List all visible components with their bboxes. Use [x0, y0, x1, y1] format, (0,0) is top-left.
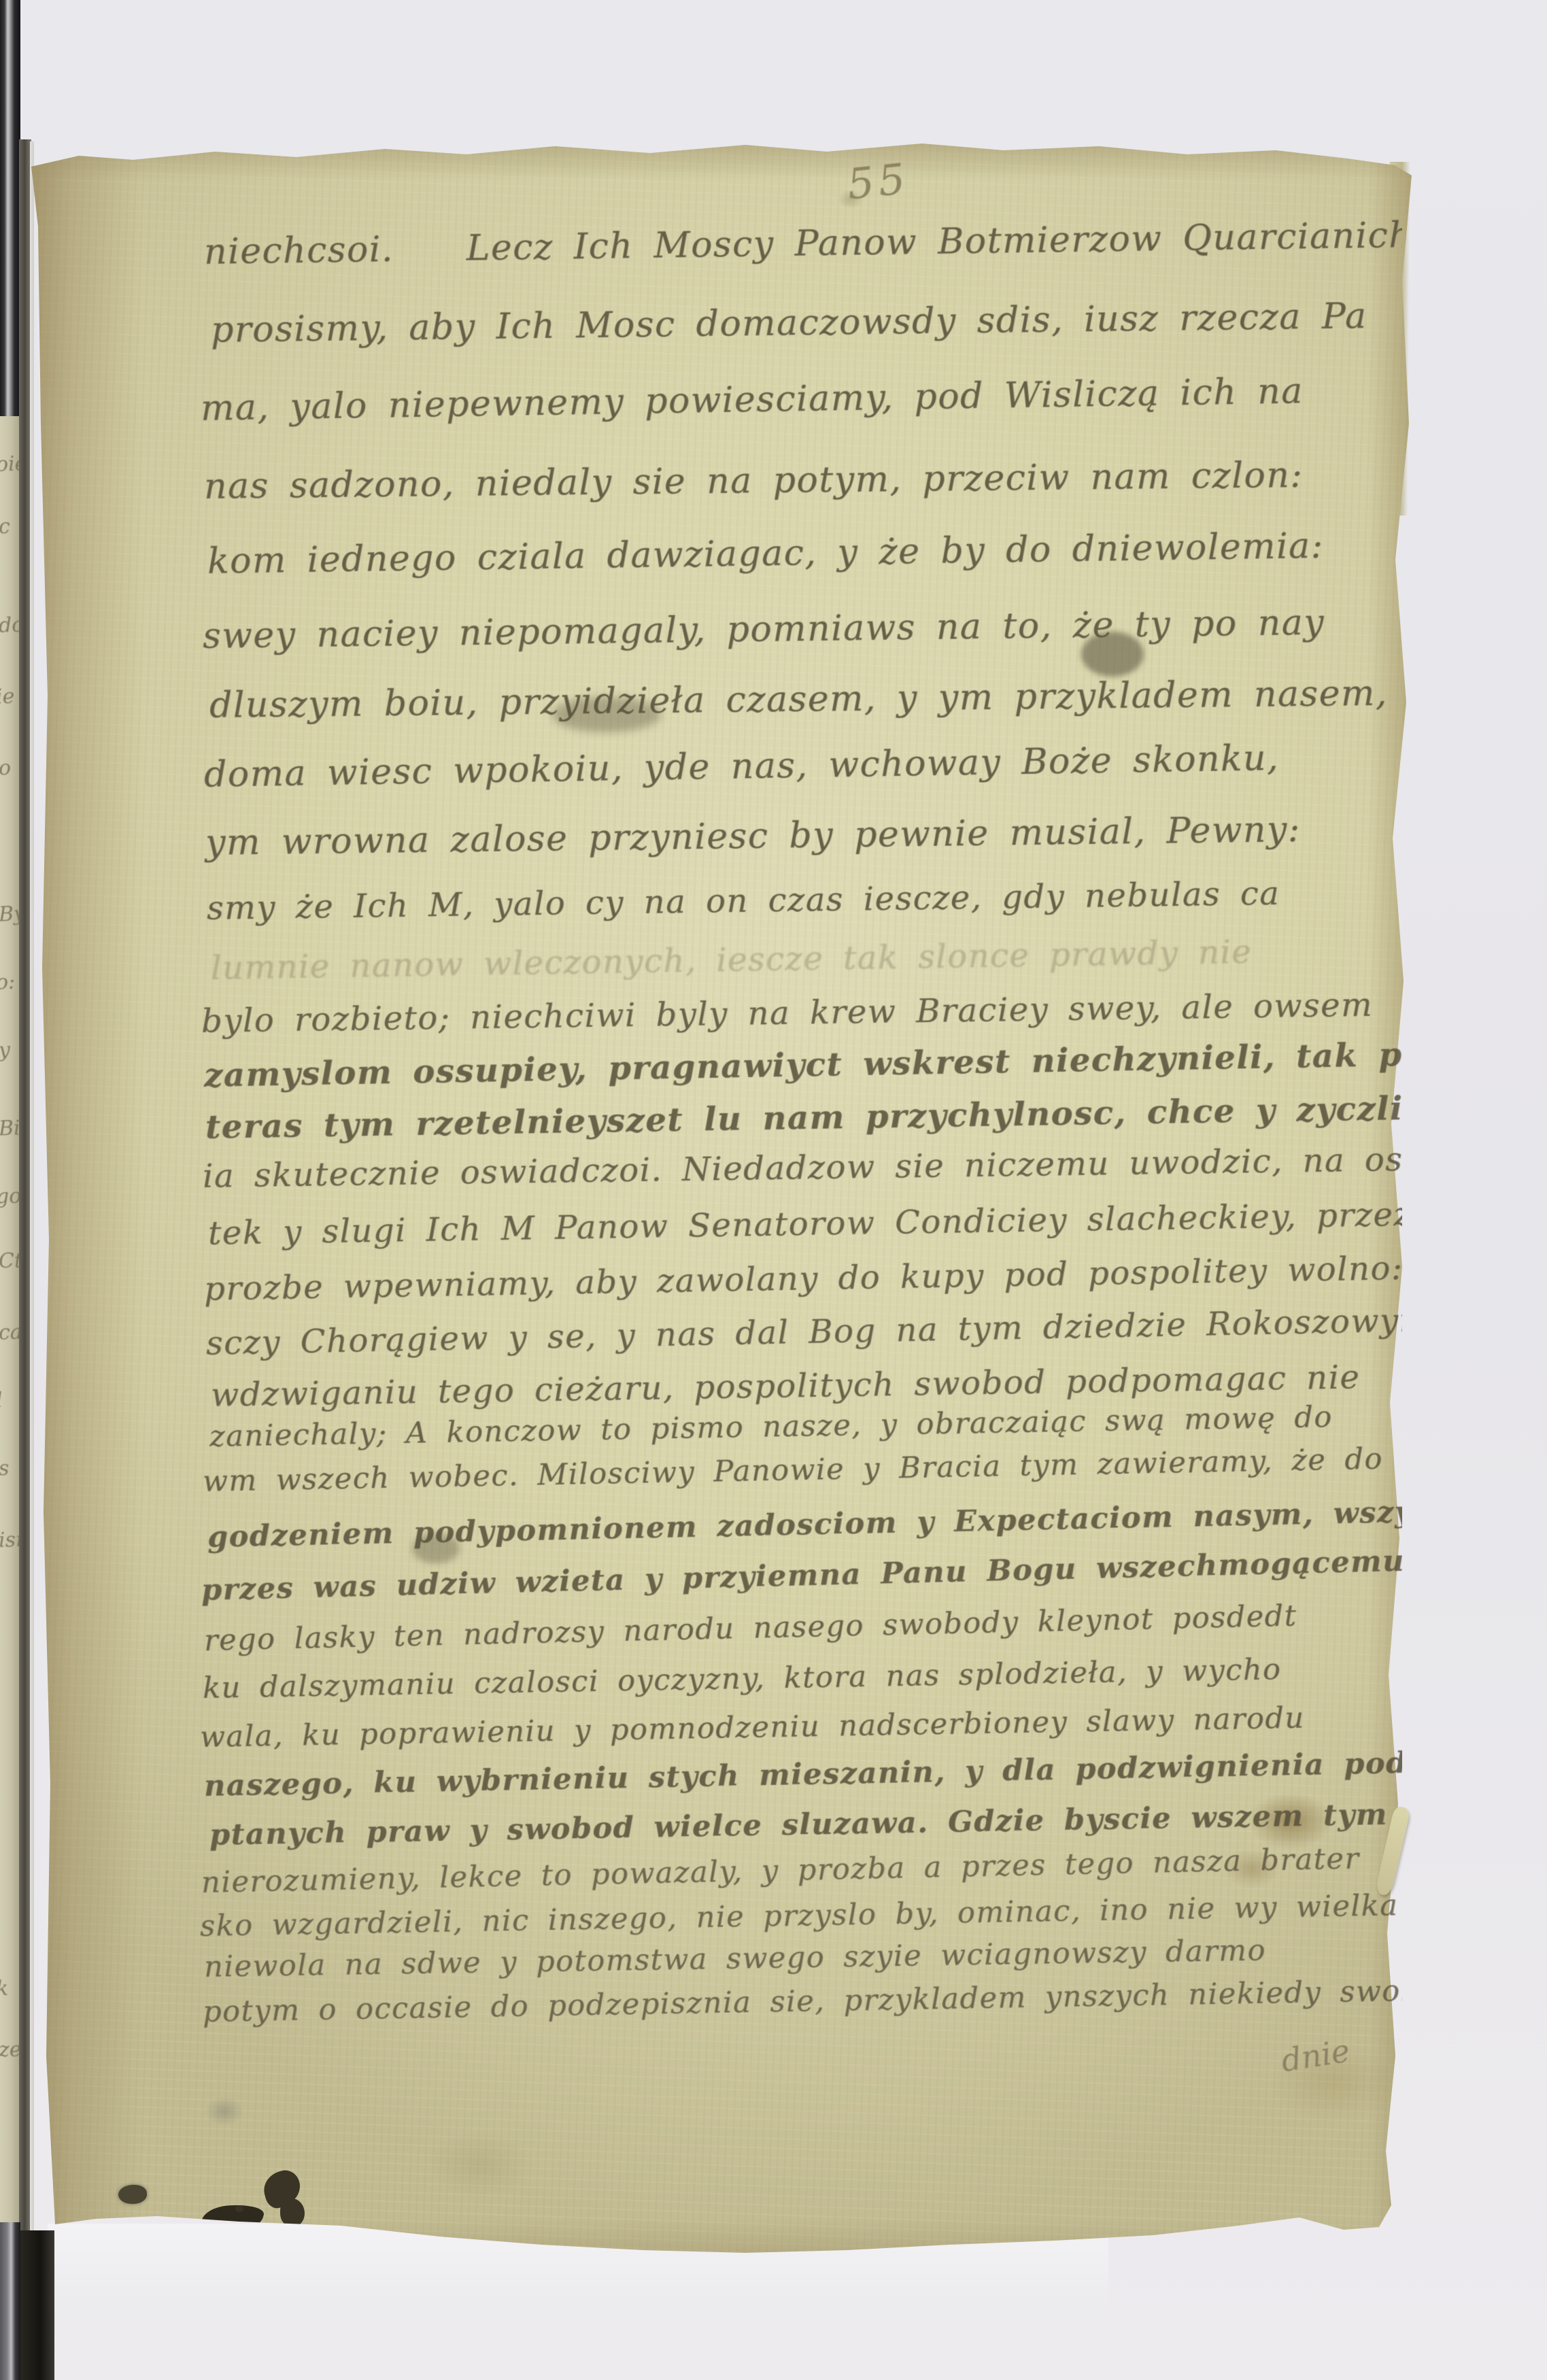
manuscript-line: ma, yalo niepewnemy powiesciamy, pod Wis… [201, 374, 1304, 426]
manuscript-line: kom iednego cziala dawziagac, y że by do… [207, 528, 1324, 579]
manuscript-line: ptanych praw y swobod wielce sluzawa. Gd… [209, 1799, 1402, 1850]
manuscript-line: ym wrowna zalose przyniesc by pewnie mus… [205, 812, 1301, 861]
manuscript-line: prozbe wpewniamy, aby zawolany do kupy p… [204, 1252, 1402, 1306]
manuscript-line: potym o occasie do podzepisznia sie, prz… [203, 1976, 1402, 2027]
manuscript-line: godzeniem podypomnionem zadosciom y Expe… [207, 1496, 1402, 1552]
manuscript-line: doma wiesc wpokoiu, yde nas, wchoway Boż… [204, 741, 1280, 793]
manuscript-line: dluszym boiu, przyidzieła czasem, y ym p… [209, 676, 1388, 724]
manuscript-line: niewola na sdwe y potomstwa swego szyie … [204, 1936, 1266, 1982]
manuscript-line: smy że Ich M, yalo cy na on czas iescze,… [207, 877, 1280, 925]
manuscript-line: sczy Chorągiew y se, y nas dal Bog na ty… [206, 1304, 1402, 1360]
manuscript-line: rego lasky ten nadrozsy narodu nasego sw… [204, 1602, 1297, 1656]
manuscript-line: naszego, ku wybrnieniu stych mieszanin, … [204, 1748, 1402, 1801]
page-number: 55 [845, 157, 911, 205]
manuscript-line: niechcsoi. Lecz Ich Moscy Panow Botmierz… [204, 218, 1402, 270]
manuscript-text: 55 dnie niechcsoi. Lecz Ich Moscy Panow … [0, 0, 1402, 2380]
manuscript-line: ia skutecznie oswiadczoi. Niedadzow sie … [203, 1143, 1402, 1193]
manuscript-line: bylo rozbieto; niechciwi byly na krew Br… [201, 989, 1374, 1038]
manuscript-line: teras tym rzetelnieyszet lu nam przychyl… [205, 1089, 1402, 1144]
manuscript-line: swey naciey niepomagaly, pomniaws na to,… [203, 605, 1325, 654]
manuscript-line: prosismy, aby Ich Mosc domaczowsdy sdis,… [211, 299, 1367, 348]
manuscript-line: zamyslom ossupiey, pragnawiyct wskrest n… [204, 1036, 1402, 1092]
manuscript-line: wala, ku poprawieniu y pomnodzeniu nadsc… [200, 1704, 1305, 1752]
manuscript-line: nas sadzono, niedaly sie na potym, przec… [204, 458, 1304, 505]
manuscript-line: ku dalszymaniu czalosci oyczyzny, ktora … [203, 1655, 1282, 1703]
scanned-manuscript-screenshot: { "page": { "number": "55", "catchword":… [0, 0, 1547, 2380]
manuscript-line: przes was udziw wzieta y przyiemna Panu … [201, 1546, 1402, 1605]
manuscript-line: nierozumieny, lekce to powazaly, y prozb… [201, 1844, 1360, 1898]
manuscript-line: wm wszech wobec. Milosciwy Panowie y Bra… [203, 1445, 1384, 1497]
manuscript-line: tek y slugi Ich M Panow Senatorow Condic… [208, 1198, 1402, 1250]
catchword: dnie [1279, 2035, 1352, 2076]
manuscript-line: lumnie nanow wleczonych, iescze tak slon… [211, 936, 1253, 985]
